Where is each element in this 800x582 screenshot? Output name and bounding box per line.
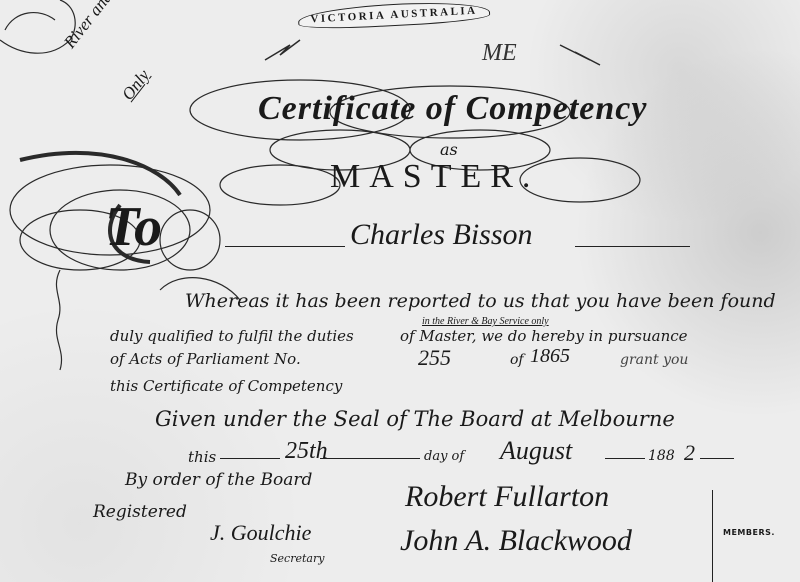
rank-title: MASTER. [330, 158, 539, 196]
certificate-title: Certificate of Competency [258, 90, 647, 128]
date-year-suffix: 2 [684, 440, 695, 466]
registered-label: Registered [93, 502, 187, 522]
date-day-of: day of [424, 449, 464, 464]
act-number: 255 [418, 345, 451, 371]
to-initial: To [105, 195, 162, 259]
service-restriction: in the River & Bay Service only [422, 316, 549, 327]
secretary-label: Secretary [270, 552, 324, 565]
holder-name: Charles Bisson [350, 218, 533, 252]
as-label: as [440, 140, 458, 159]
members-label: MEMBERS. [723, 528, 775, 537]
body-line3b: of [510, 352, 524, 368]
body-line5: Given under the Seal of The Board at Mel… [155, 407, 675, 431]
by-order-of-board: By order of the Board [125, 470, 312, 490]
body-line4: this Certificate of Competency [110, 377, 342, 395]
date-day: 25th [285, 438, 328, 465]
member2-signature: John A. Blackwood [400, 524, 632, 558]
secretary-signature: J. Goulchie [210, 520, 311, 546]
member1-signature: Robert Fullarton [405, 480, 609, 514]
date-this: this [188, 448, 216, 466]
stamp-text: ME [482, 40, 517, 67]
members-brace [712, 490, 723, 582]
body-line2a: duly qualified to fulfil the duties [110, 327, 354, 345]
body-line1: Whereas it has been reported to us that … [185, 290, 776, 312]
body-line3c: grant you [620, 352, 688, 368]
date-year-prefix: 188 [648, 448, 675, 464]
act-year: 1865 [530, 345, 570, 368]
date-month: August [500, 436, 572, 466]
body-line3a: of Acts of Parliament No. [110, 350, 301, 368]
body-line2b: of Master, we do hereby in pursuance [400, 327, 688, 345]
